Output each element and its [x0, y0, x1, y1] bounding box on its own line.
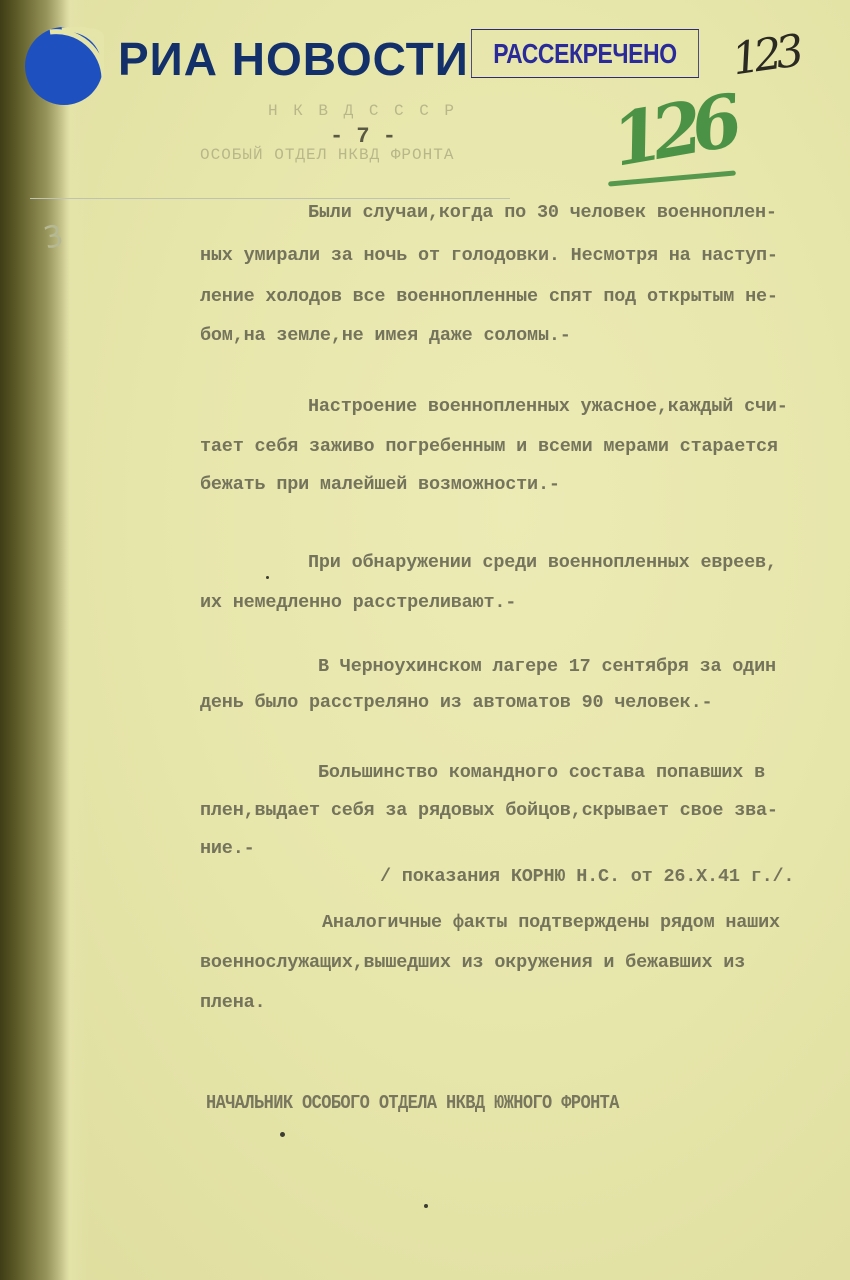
- faded-header-2: ОСОБЫЙ ОТДЕЛ НКВД ФРОНТА: [200, 146, 454, 164]
- signature-line: НАЧАЛЬНИК ОСОБОГО ОТДЕЛА НКВД ЮЖНОГО ФРО…: [206, 1093, 619, 1115]
- text-line: ление холодов все военнопленные спят под…: [200, 286, 778, 307]
- ink-speck: [424, 1204, 428, 1208]
- handwritten-page-number-black: 123: [729, 26, 801, 86]
- text-line: При обнаружении среди военнопленных евре…: [308, 552, 777, 573]
- text-line: бежать при малейшей возможности.-: [200, 474, 560, 495]
- text-line: Большинство командного состава попавших …: [318, 762, 765, 783]
- text-line: плен,выдает себя за рядовых бойцов,скрыв…: [200, 800, 778, 821]
- page-number: - 7 -: [330, 124, 396, 149]
- text-line: плена.: [200, 992, 265, 1013]
- faded-rule: [30, 198, 510, 199]
- text-line: ние.-: [200, 838, 255, 859]
- text-line: В Черноухинском лагере 17 сентября за од…: [318, 656, 776, 677]
- text-line: тает себя заживо погребенным и всеми мер…: [200, 436, 778, 457]
- ink-speck: [280, 1132, 285, 1137]
- text-line: бом,на земле,не имея даже соломы.-: [200, 325, 571, 346]
- faded-header-1: Н К В Д С С С Р: [268, 102, 457, 120]
- declassified-stamp: РАССЕКРЕЧЕНО: [471, 29, 699, 78]
- ria-logo: [24, 26, 104, 106]
- document-page: [0, 0, 850, 1280]
- binding-shadow: [0, 0, 70, 1280]
- text-line: Аналогичные факты подтверждены рядом наш…: [322, 912, 780, 933]
- logo-text: РИА НОВОСТИ: [118, 36, 469, 82]
- ink-speck: [266, 576, 269, 579]
- text-line: их немедленно расстреливают.-: [200, 592, 516, 613]
- text-line: Были случаи,когда по 30 человек военнопл…: [308, 202, 777, 223]
- globe-icon: [24, 26, 104, 106]
- text-line: военнослужащих,вышедших из окружения и б…: [200, 952, 745, 973]
- text-line: Настроение военнопленных ужасное,каждый …: [308, 396, 788, 417]
- text-line: ных умирали за ночь от голодовки. Несмот…: [200, 245, 778, 266]
- text-line: день было расстреляно из автоматов 90 че…: [200, 692, 712, 713]
- testimony-reference: / показания КОРНЮ Н.С. от 26.X.41 г./.: [380, 866, 794, 887]
